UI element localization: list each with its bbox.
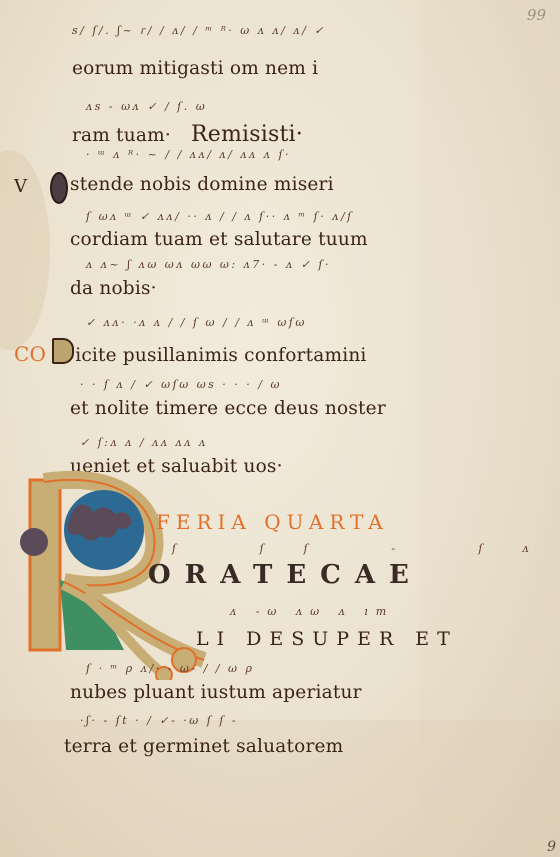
section-heading: FERIA QUARTA bbox=[156, 510, 389, 534]
initial-letter-o bbox=[50, 172, 68, 204]
chant-text-line: cordiam tuam et salutare tuum bbox=[70, 229, 368, 250]
neume-line: ᴧ -ω ᴧω ᴧ ım bbox=[230, 605, 394, 618]
chant-text-line: stende nobis domine miseri bbox=[70, 174, 334, 195]
neume-line: · · ſ ᴧ / ✓ ωſω ωs · · · / ω bbox=[80, 378, 282, 391]
chant-text-line: terra et germinet saluatorem bbox=[64, 736, 343, 757]
chant-text-line: ram tuam· Remisisti· bbox=[72, 122, 303, 147]
neume-line: ✓ ᴧᴧ· ·ᴧ ᴧ / / ſ ω / / ᴧ ᵚ ωſω bbox=[86, 316, 307, 329]
chant-text-line: da nobis· bbox=[70, 278, 157, 299]
neume-line: ſ ſſ - ſᴧ bbox=[172, 542, 560, 555]
neume-line: ꜱ/ ſ/. ʃ~ ɾ/ / ᴧ/ / ᵐ ᴿ· ω ᴧ ᴧ/ ᴧ/ ✓ bbox=[72, 24, 326, 37]
chant-text-line: nubes pluant iustum aperiatur bbox=[70, 682, 362, 703]
neume-line: · ᵚ ᴧ ᴿ· ~ / / ᴧᴧ/ ᴧ/ ᴧᴧ ᴧ ſ· bbox=[86, 148, 291, 161]
chant-text: ram tuam· bbox=[72, 125, 171, 146]
chant-text-line: et nolite timere ecce deus noster bbox=[70, 398, 386, 419]
introit-incipit: ORATECAE bbox=[148, 560, 423, 590]
initial-letter-d bbox=[52, 338, 74, 364]
chant-text-line: CO icite pusillanimis confortamini bbox=[14, 338, 367, 366]
neume-line: ᴧ ᴧ~ ʃ ᴧω ωᴧ ωω ω: ᴧ7· - ᴧ ✓ ſ· bbox=[86, 258, 331, 271]
chant-text-line: eorum mitigasti om nem i bbox=[72, 58, 318, 79]
neume-line: ✓ ſ:ᴧ ᴧ / ᴧᴧ ᴧᴧ ᴧ bbox=[80, 436, 208, 449]
neume-line: ſ · ᵐ ρ ᴧ/· - ω- / / ω ρ bbox=[86, 662, 254, 675]
communion-rubric: CO bbox=[14, 342, 46, 366]
folio-number-bottom: 9 bbox=[547, 839, 556, 855]
rubric-cue: Remisisti· bbox=[191, 122, 303, 147]
neume-line: ·ʃ· - ſt · / ✓- ·ω ſ ſ - bbox=[80, 714, 238, 727]
neume-line: ᴧs - ωᴧ ✓ / ſ. ω bbox=[86, 100, 207, 113]
folio-number: 99 bbox=[527, 6, 546, 24]
versicle-sign: V bbox=[14, 176, 27, 197]
chant-text: icite pusillanimis confortamini bbox=[75, 345, 366, 366]
introit-text-caps: LI DESUPER ET bbox=[196, 628, 458, 650]
neume-line: ſ ωᴧ ᵚ ✓ ᴧᴧ/ ·· ᴧ / / ᴧ ſ·· ᴧ ᵐ ſ· ᴧ/ſ bbox=[86, 210, 354, 223]
